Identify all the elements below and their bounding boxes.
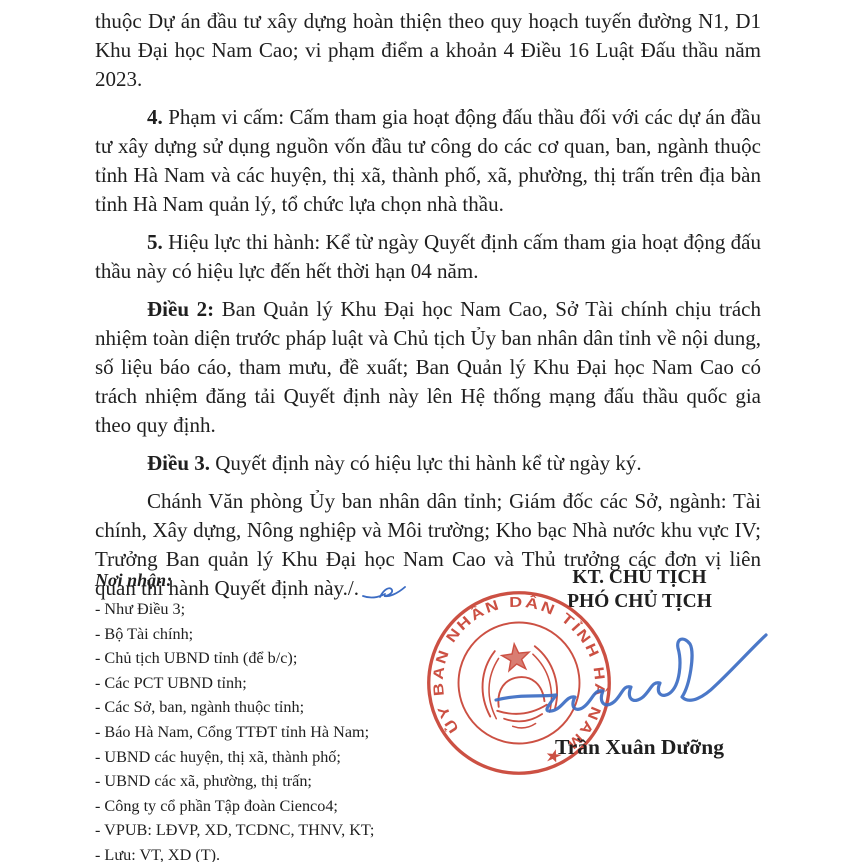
recipient-item: - VPUB: LĐVP, XD, TCDNC, THNV, KT; (95, 818, 435, 843)
document-body: thuộc Dự án đầu tư xây dựng hoàn thiện t… (95, 7, 761, 612)
recipient-item: - Công ty cổ phần Tập đoàn Cienco4; (95, 794, 435, 819)
paragraph-text: Hiệu lực thi hành: Kể từ ngày Quyết định… (95, 230, 761, 283)
signature-stroke (496, 635, 766, 711)
recipients-block: Nơi nhận: - Như Điều 3; - Bộ Tài chính; … (95, 569, 435, 862)
paragraph-lead: 4. (147, 105, 163, 129)
recipient-item: - Các Sở, ban, ngành thuộc tỉnh; (95, 695, 435, 720)
recipient-item: - Các PCT UBND tỉnh; (95, 671, 435, 696)
paragraph-text: thuộc Dự án đầu tư xây dựng hoàn thiện t… (95, 9, 761, 91)
paragraph-text: Phạm vi cấm: Cấm tham gia hoạt động đấu … (95, 105, 761, 216)
body-paragraph: Điều 3. Quyết định này có hiệu lực thi h… (95, 449, 761, 478)
recipient-item: - UBND các huyện, thị xã, thành phố; (95, 745, 435, 770)
recipient-item: - UBND các xã, phường, thị trấn; (95, 769, 435, 794)
document-page: thuộc Dự án đầu tư xây dựng hoàn thiện t… (0, 0, 850, 862)
paragraph-text: Quyết định này có hiệu lực thi hành kể t… (210, 451, 642, 475)
paragraph-lead: 5. (147, 230, 163, 254)
body-paragraph: thuộc Dự án đầu tư xây dựng hoàn thiện t… (95, 7, 761, 94)
recipient-item: - Như Điều 3; (95, 597, 435, 622)
recipient-item: - Chủ tịch UBND tỉnh (để b/c); (95, 646, 435, 671)
paragraph-lead: Điều 3. (147, 451, 210, 475)
signature-ink (492, 598, 777, 728)
body-paragraph: Điều 2: Ban Quản lý Khu Đại học Nam Cao,… (95, 295, 761, 440)
body-paragraph: 5. Hiệu lực thi hành: Kể từ ngày Quyết đ… (95, 228, 761, 286)
recipient-item: - Báo Hà Nam, Cổng TTĐT tỉnh Hà Nam; (95, 720, 435, 745)
signer-name: Trần Xuân Dưỡng (497, 735, 782, 760)
paragraph-lead: Điều 2: (147, 297, 214, 321)
recipient-item: - Bộ Tài chính; (95, 622, 435, 647)
recipients-header: Nơi nhận: (95, 569, 435, 591)
body-paragraph: 4. Phạm vi cấm: Cấm tham gia hoạt động đ… (95, 103, 761, 219)
recipient-item: - Lưu: VT, XD (T). (95, 843, 435, 862)
